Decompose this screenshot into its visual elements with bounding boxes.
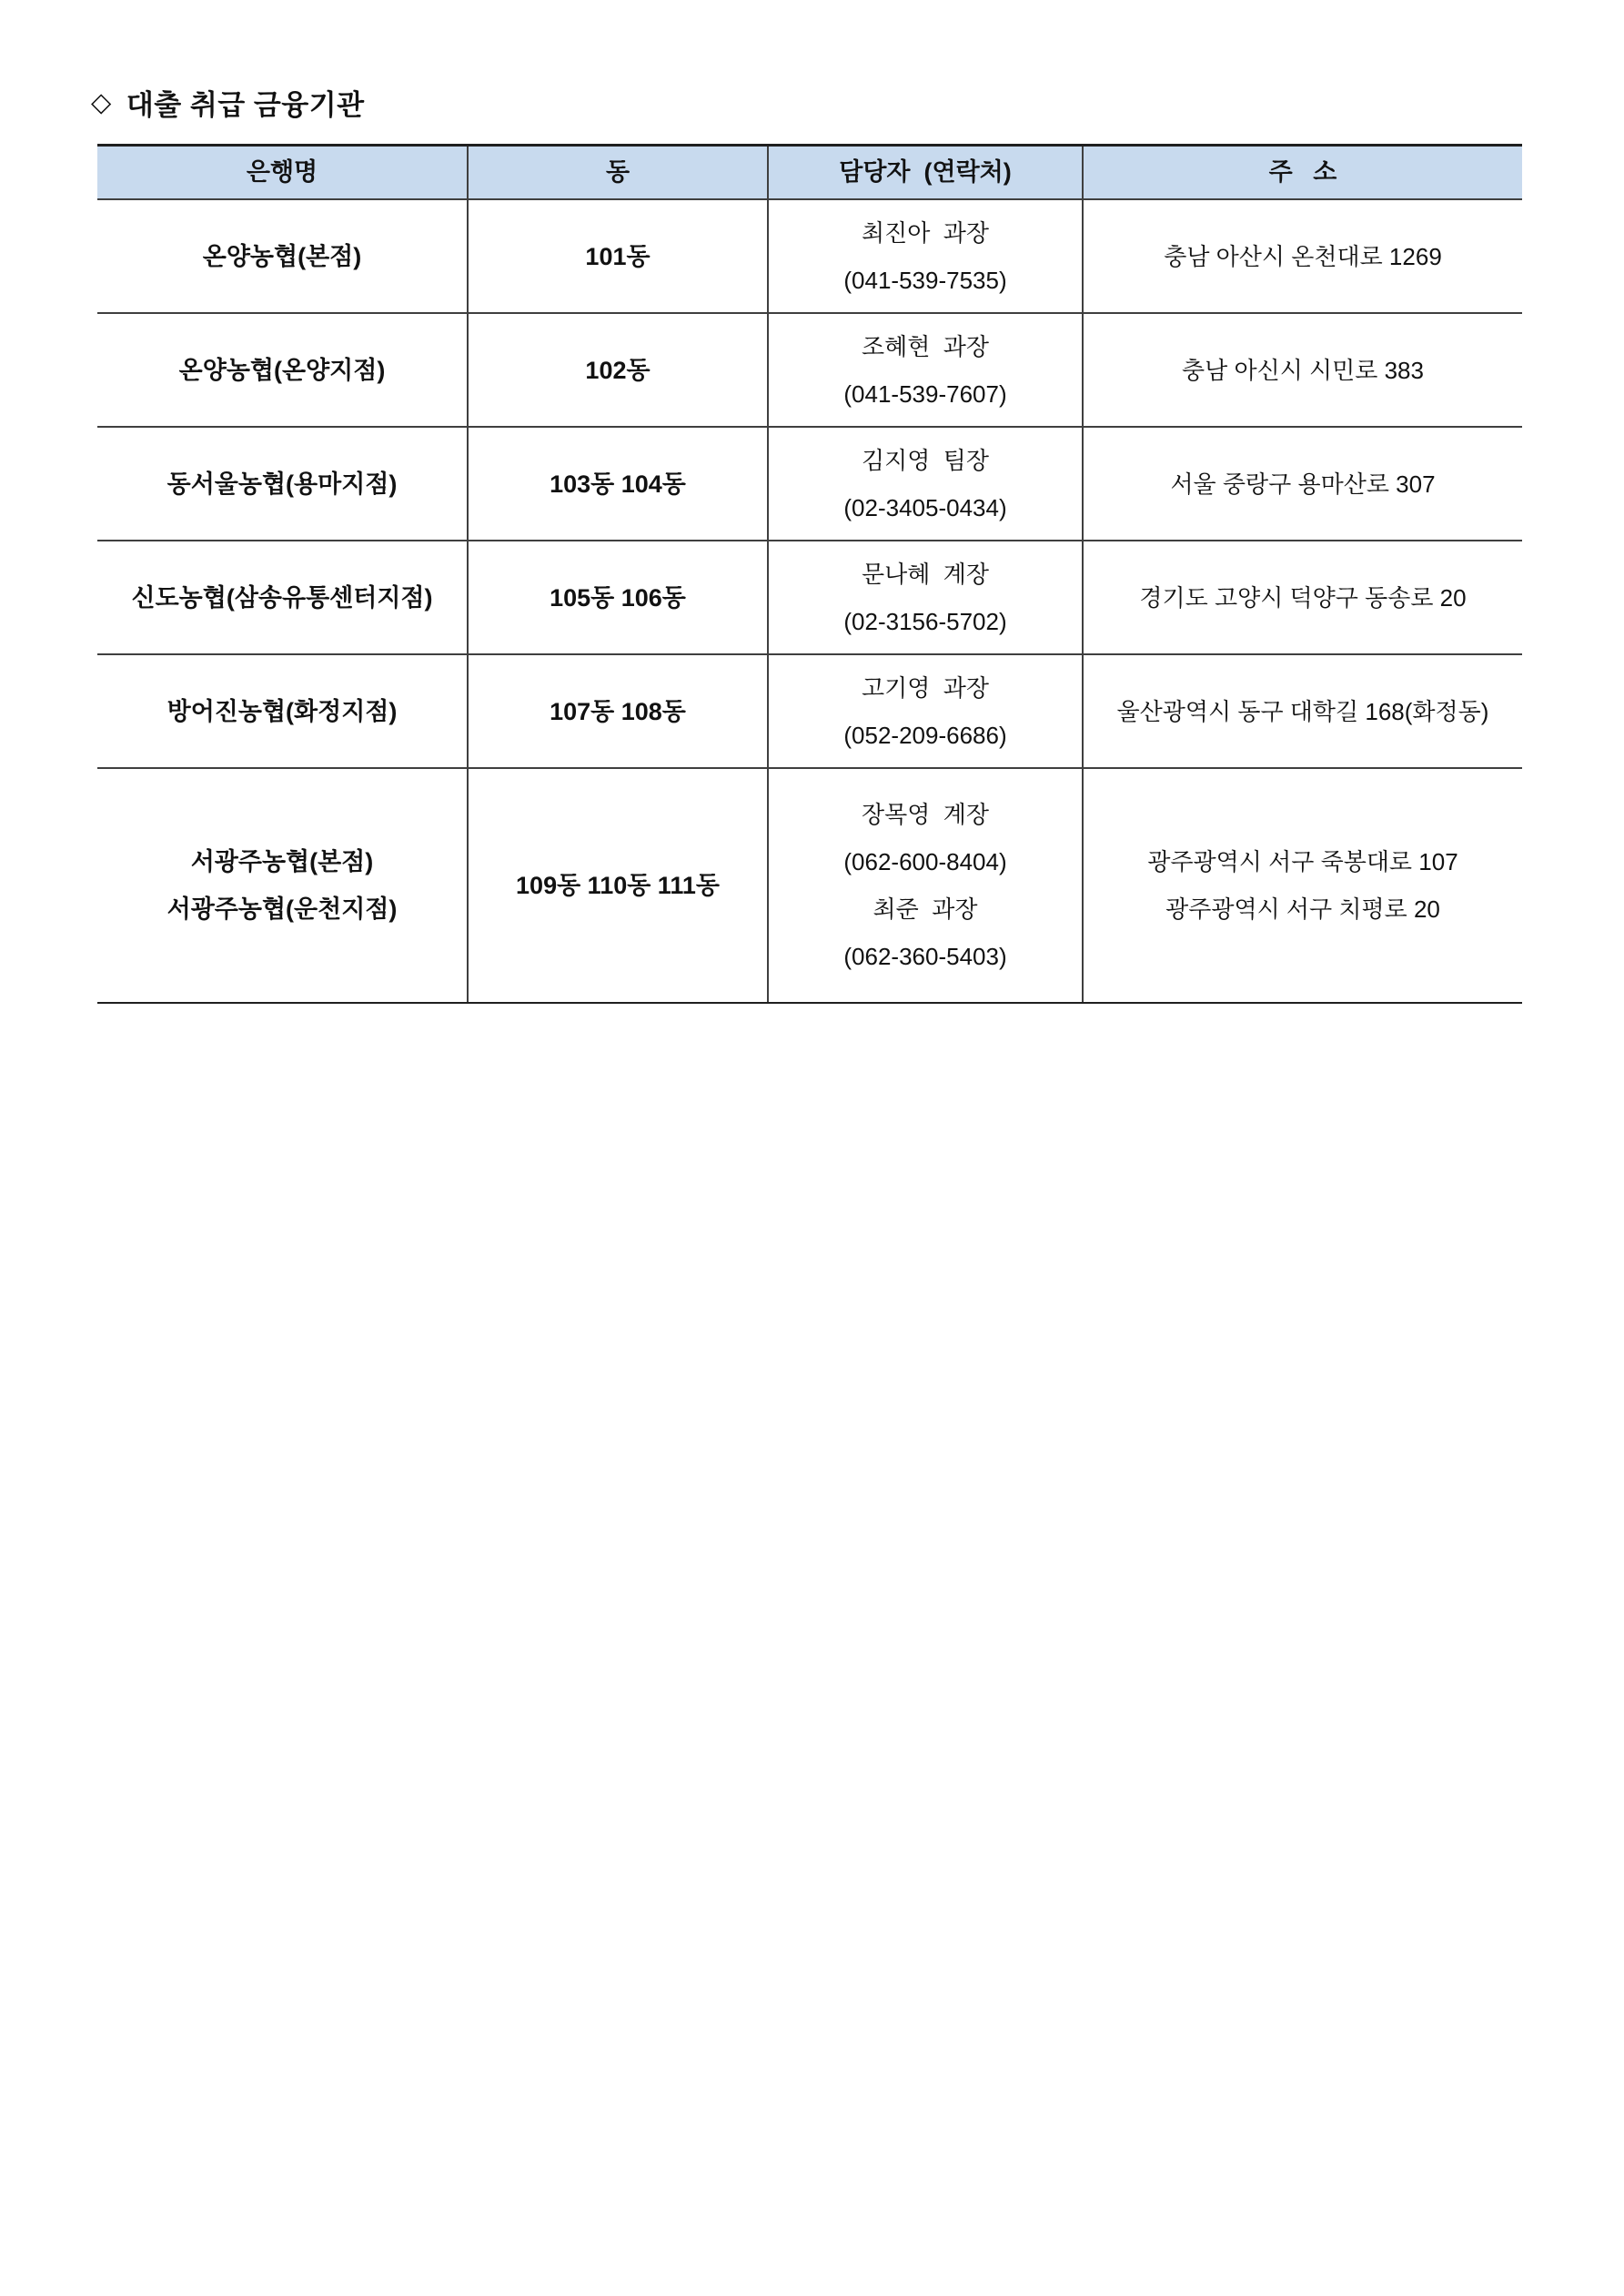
table-cell-dong: 105동 106동 <box>467 540 767 653</box>
table-cell-dong: 107동 108동 <box>467 653 767 767</box>
table-cell-address: 광주광역시 서구 죽봉대로 107 광주광역시 서구 치평로 20 <box>1082 767 1522 1002</box>
table-cell-bank: 온양농협(본점) <box>97 198 467 312</box>
table-cell-address: 울산광역시 동구 대학길 168(화정동) <box>1082 653 1522 767</box>
column-header-dong: 동 <box>467 147 767 198</box>
table-cell-bank: 서광주농협(본점) 서광주농협(운천지점) <box>97 767 467 1002</box>
document-page: ◇ 대출 취급 금융기관 은행명 동 담당자 (연락처) 주 소 온양농협(본점… <box>0 0 1624 2296</box>
table-cell-contact: 고기영 과장 (052-209-6686) <box>767 653 1082 767</box>
table-cell-contact: 김지영 팀장 (02-3405-0434) <box>767 426 1082 540</box>
table-cell-bank: 신도농협(삼송유통센터지점) <box>97 540 467 653</box>
table-cell-dong: 109동 110동 111동 <box>467 767 767 1002</box>
diamond-icon: ◇ <box>91 86 112 118</box>
table-cell-dong: 102동 <box>467 312 767 426</box>
table-cell-bank: 방어진농협(화정지점) <box>97 653 467 767</box>
table-cell-address: 충남 아산시 온천대로 1269 <box>1082 198 1522 312</box>
table-cell-bank: 온양농협(온양지점) <box>97 312 467 426</box>
column-header-address: 주 소 <box>1082 147 1522 198</box>
section-title: ◇ 대출 취급 금융기관 <box>91 82 365 123</box>
table-cell-dong: 101동 <box>467 198 767 312</box>
table-cell-bank: 동서울농협(용마지점) <box>97 426 467 540</box>
column-header-contact: 담당자 (연락처) <box>767 147 1082 198</box>
section-title-text: 대출 취급 금융기관 <box>126 82 365 123</box>
loan-institutions-table: 은행명 동 담당자 (연락처) 주 소 온양농협(본점) 101동 최진아 과장… <box>97 144 1522 1004</box>
table-cell-contact: 조혜현 과장 (041-539-7607) <box>767 312 1082 426</box>
table-cell-address: 서울 중랑구 용마산로 307 <box>1082 426 1522 540</box>
table-cell-address: 충남 아신시 시민로 383 <box>1082 312 1522 426</box>
table-cell-address: 경기도 고양시 덕양구 동송로 20 <box>1082 540 1522 653</box>
table-cell-contact: 최진아 과장 (041-539-7535) <box>767 198 1082 312</box>
table-cell-contact: 문나혜 계장 (02-3156-5702) <box>767 540 1082 653</box>
table-cell-contact: 장목영 계장 (062-600-8404) 최준 과장 (062-360-540… <box>767 767 1082 1002</box>
column-header-bank: 은행명 <box>97 147 467 198</box>
table-cell-dong: 103동 104동 <box>467 426 767 540</box>
